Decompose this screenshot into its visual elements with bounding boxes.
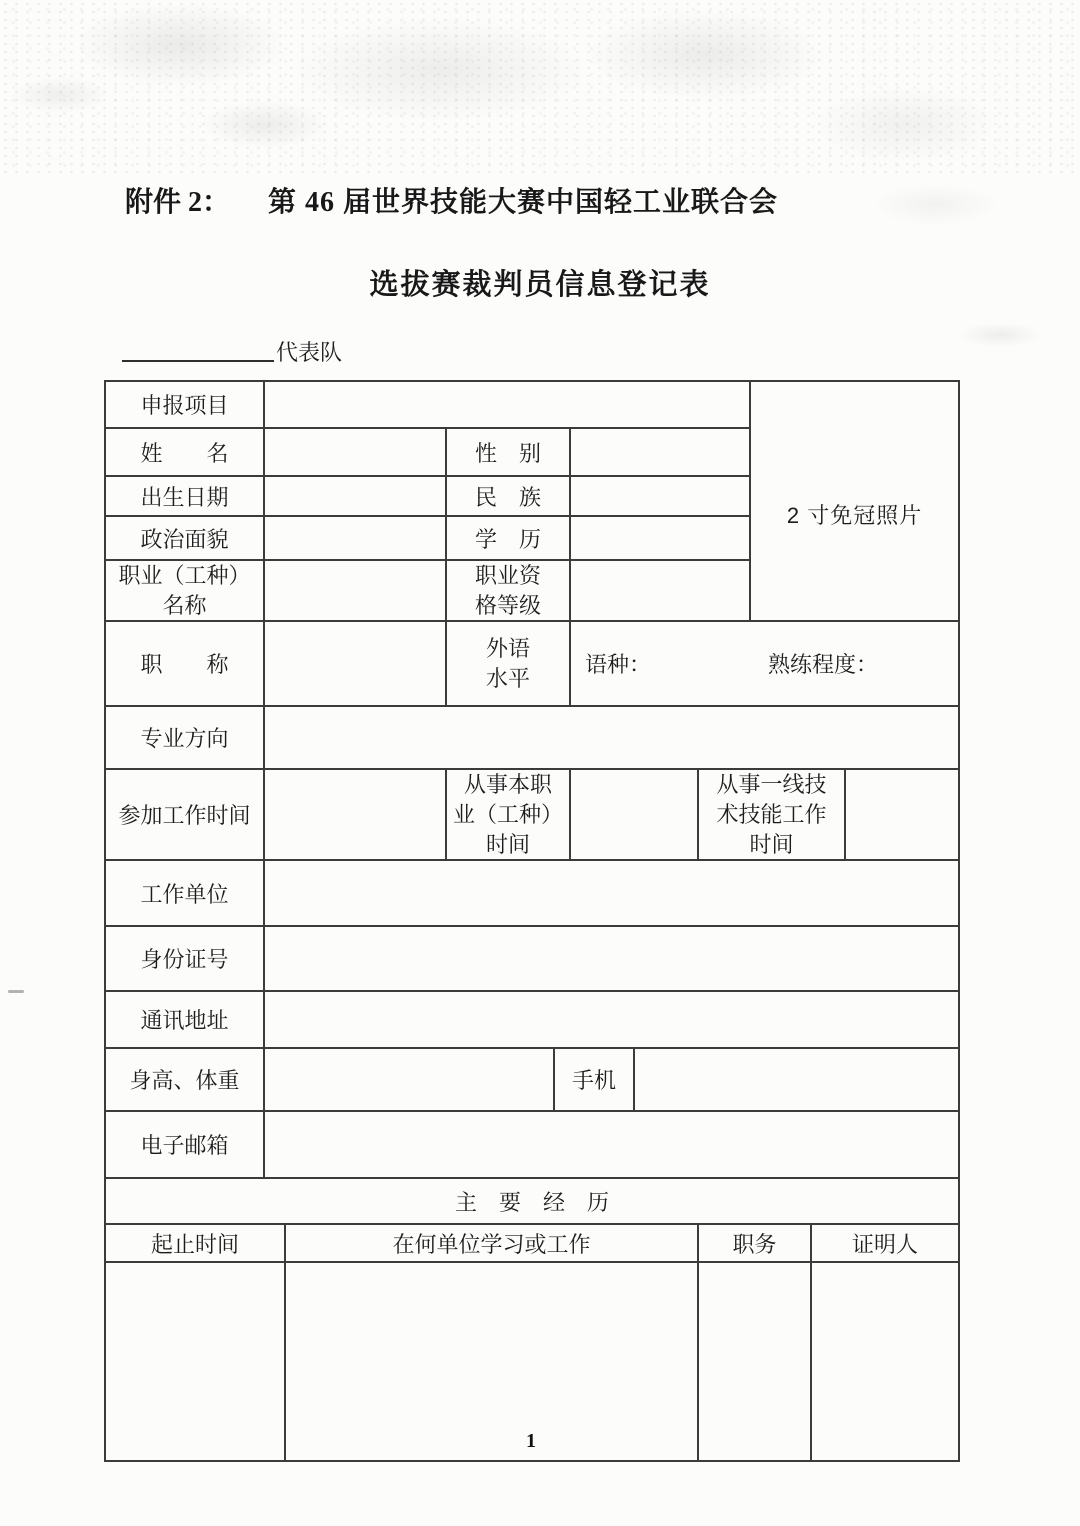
label-specialty: 专业方向 <box>105 706 264 769</box>
label-occupation-time: 从事本职 业（工种） 时间 <box>446 769 570 860</box>
label-professional-title: 职 称 <box>105 621 264 706</box>
row-specialty: 专业方向 <box>105 706 959 769</box>
scanned-document-page: 附件 2：第 46 届世界技能大赛中国轻工业联合会 选拔赛裁判员信息登记表 代表… <box>0 0 1080 1526</box>
row-email: 电子邮箱 <box>105 1111 959 1178</box>
label-email: 电子邮箱 <box>105 1111 264 1178</box>
value-project-cell <box>264 381 750 428</box>
value-political-status-cell <box>264 516 446 560</box>
photo-placeholder-cell: 2 寸免冠照片 <box>750 381 959 621</box>
value-birth-date-cell <box>264 476 446 516</box>
row-title-language: 职 称 外语 水平 语种： 熟练程度： <box>105 621 959 706</box>
row-height-weight-mobile: 身高、体重 手机 <box>105 1048 959 1111</box>
scan-noise-speckle <box>0 0 1080 175</box>
attachment-label: 附件 2： <box>125 187 230 218</box>
value-education-cell <box>570 516 750 560</box>
value-height-weight-cell <box>264 1048 554 1111</box>
label-mobile: 手机 <box>554 1048 634 1111</box>
label-language-type: 语种： <box>585 648 651 679</box>
scan-artifact-dash <box>8 990 24 993</box>
language-proficiency-cell: 语种： 熟练程度： <box>570 621 959 706</box>
label-education: 学 历 <box>446 516 570 560</box>
document-header: 附件 2：第 46 届世界技能大赛中国轻工业联合会 <box>125 180 778 220</box>
label-employer: 工作单位 <box>105 860 264 926</box>
label-qualification-level: 职业资 格等级 <box>446 560 570 621</box>
title-line1: 第 46 届世界技能大赛中国轻工业联合会 <box>268 187 778 218</box>
row-work-time: 参加工作时间 从事本职 业（工种） 时间 从事一线技 术技能工作 时间 <box>105 769 959 860</box>
experience-col-position: 职务 <box>698 1224 811 1262</box>
value-occupation-name-cell <box>264 560 446 621</box>
label-project: 申报项目 <box>105 381 264 428</box>
team-line: 代表队 <box>122 336 342 367</box>
label-address: 通讯地址 <box>105 991 264 1048</box>
value-frontline-time-cell <box>845 769 959 860</box>
photo-placeholder-text: 2 寸免冠照片 <box>787 503 922 528</box>
value-specialty-cell <box>264 706 959 769</box>
label-height-weight: 身高、体重 <box>105 1048 264 1111</box>
label-foreign-language: 外语 水平 <box>446 621 570 706</box>
label-ethnicity: 民 族 <box>446 476 570 516</box>
label-frontline-time: 从事一线技 术技能工作 时间 <box>698 769 845 860</box>
label-proficiency: 熟练程度： <box>768 648 878 679</box>
row-employer: 工作单位 <box>105 860 959 926</box>
label-occupation-name: 职业（工种） 名称 <box>105 560 264 621</box>
label-gender: 性 别 <box>446 428 570 476</box>
experience-col-place: 在何单位学习或工作 <box>285 1224 698 1262</box>
team-blank-underline <box>122 336 274 362</box>
value-employer-cell <box>264 860 959 926</box>
experience-section-title: 主 要 经 历 <box>105 1178 959 1224</box>
label-political-status: 政治面貌 <box>105 516 264 560</box>
label-work-start-time: 参加工作时间 <box>105 769 264 860</box>
row-experience-banner: 主 要 经 历 <box>105 1178 959 1224</box>
label-birth-date: 出生日期 <box>105 476 264 516</box>
value-occupation-time-cell <box>570 769 698 860</box>
value-gender-cell <box>570 428 750 476</box>
value-ethnicity-cell <box>570 476 750 516</box>
value-professional-title-cell <box>264 621 446 706</box>
value-name-cell <box>264 428 446 476</box>
row-id-number: 身份证号 <box>105 926 959 991</box>
registration-form-table: 申报项目 2 寸免冠照片 姓 名 性 别 出生日期 民 族 政治面貌 学 历 职… <box>104 380 960 1462</box>
value-id-number-cell <box>264 926 959 991</box>
row-project: 申报项目 2 寸免冠照片 <box>105 381 959 428</box>
value-qualification-level-cell <box>570 560 750 621</box>
experience-col-time: 起止时间 <box>105 1224 285 1262</box>
experience-col-reference: 证明人 <box>811 1224 959 1262</box>
team-suffix-label: 代表队 <box>276 340 342 365</box>
row-experience-header: 起止时间 在何单位学习或工作 职务 证明人 <box>105 1224 959 1262</box>
row-address: 通讯地址 <box>105 991 959 1048</box>
value-work-start-time-cell <box>264 769 446 860</box>
value-address-cell <box>264 991 959 1048</box>
value-mobile-cell <box>634 1048 959 1111</box>
title-line2: 选拔赛裁判员信息登记表 <box>0 262 1080 303</box>
page-number: 1 <box>104 1430 958 1453</box>
label-name: 姓 名 <box>105 428 264 476</box>
label-id-number: 身份证号 <box>105 926 264 991</box>
language-proficiency-wrap: 语种： 熟练程度： <box>571 648 958 679</box>
value-email-cell <box>264 1111 959 1178</box>
